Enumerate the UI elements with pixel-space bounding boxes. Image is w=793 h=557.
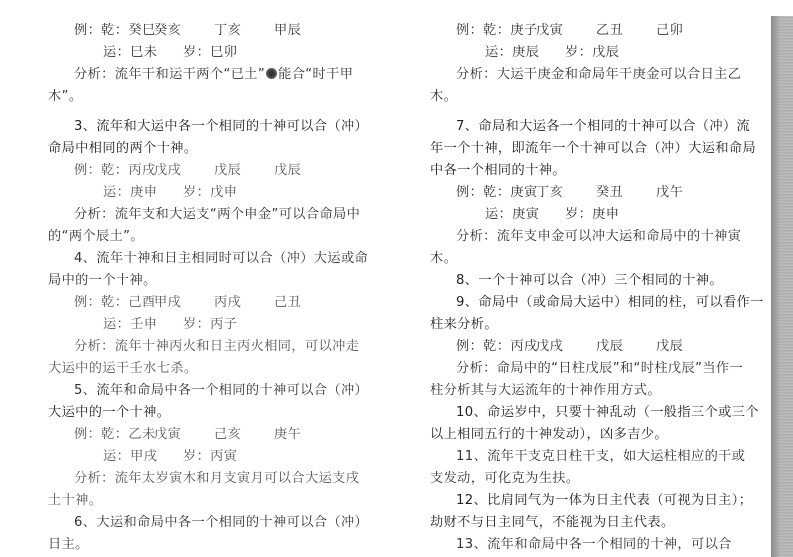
label-text: 例：乾：: [74, 22, 128, 40]
rule-heading-10: 10、命运岁中，只要十神乱动（一般指三个或三个: [456, 404, 759, 422]
luck-pillar: 运：壬申: [103, 316, 183, 334]
month-pillar: 癸亥: [154, 22, 214, 40]
year-flow: 岁：戊辰: [565, 44, 619, 62]
luck-year-line: 运：壬申岁：丙子: [103, 316, 237, 334]
rule-heading-12: 12、比肩同气为一体为日主代表（可视为日主）；: [456, 492, 752, 510]
analysis-line: 分析：大运干庚金和命局年干庚金可以合日主乙: [456, 66, 741, 84]
rule-heading-5: 5、流年和命局中各一个相同的十神可以合（冲）: [74, 382, 368, 400]
example-chart: 例：乾：庚子戊寅乙丑己卯: [456, 22, 683, 40]
rule-heading-11: 11、流年干支克日柱干支，如大运柱相应的干或: [456, 448, 745, 466]
year-pillar: 庚寅: [510, 184, 537, 202]
analysis-text-a: 分析：流年干和运干两个“已土”: [74, 67, 265, 82]
example-chart: 例：乾：己酉甲戌丙戌己丑: [74, 294, 301, 312]
month-pillar: 戊寅: [536, 22, 596, 40]
text-line: 的“两个辰土”。: [48, 228, 144, 246]
text-line: 木。: [430, 250, 457, 268]
month-pillar: 甲戌: [154, 294, 214, 312]
rule-heading-9: 9、命局中（或命局大运中）相同的柱，可以看作一: [456, 294, 764, 312]
text-line: 劫财不与日主同气，不能视为日主代表。: [430, 514, 675, 532]
month-pillar: 丁亥: [536, 184, 596, 202]
hour-pillar: 己卯: [656, 22, 683, 40]
year-flow: 岁：丙寅: [183, 448, 237, 466]
rule-heading-3: 3、流年和大运中各一个相同的十神可以合（冲）: [74, 118, 368, 136]
luck-pillar: 运：庚申: [103, 184, 183, 202]
luck-year-line: 运：巳未岁：巳卯: [103, 44, 237, 62]
analysis-text-b: 能合“时干甲: [278, 67, 353, 82]
label-text: 例：乾：: [74, 426, 128, 444]
analysis-line: 分析：流年干和运干两个“已土”能合“时干甲: [74, 66, 353, 84]
analysis-line: 分析：流年支申金可以冲大运和命局中的十神寅: [456, 228, 741, 246]
year-flow: 岁：巳卯: [183, 44, 237, 62]
example-chart: 例：乾：癸巳癸亥丁亥甲辰: [74, 22, 301, 40]
left-page: 例：乾：癸巳癸亥丁亥甲辰 运：巳未岁：巳卯 分析：流年干和运干两个“已土”能合“…: [48, 0, 388, 557]
text-line: 柱分析其与大运流年的十神作用方式。: [430, 382, 661, 400]
luck-pillar: 运：甲戌: [103, 448, 183, 466]
book-spine-edge: [771, 16, 793, 557]
ink-blot-icon: [266, 68, 277, 79]
rule-heading-4: 4、流年十神和日主相同时可以合（冲）大运或命: [74, 250, 368, 268]
month-pillar: 戊寅: [154, 426, 214, 444]
day-pillar: 癸丑: [596, 184, 656, 202]
day-pillar: 乙丑: [596, 22, 656, 40]
day-pillar: 己亥: [214, 426, 274, 444]
month-pillar: 戊戌: [154, 162, 214, 180]
text-line: 年一个十神，即流年一个十神可以合（冲）大运和命局: [430, 140, 756, 158]
day-pillar: 戊辰: [596, 338, 656, 356]
label-text: 例：乾：: [74, 162, 128, 180]
luck-pillar: 运：巳未: [103, 44, 183, 62]
year-flow: 岁：庚申: [565, 206, 619, 224]
text-line: 土十神。: [48, 492, 102, 510]
analysis-line: 分析：命局中的“日柱戊辰”和“时柱戊辰”当作一: [456, 360, 743, 378]
hour-pillar: 甲辰: [274, 22, 301, 40]
hour-pillar: 己丑: [274, 294, 301, 312]
text-line: 日主。: [48, 536, 89, 554]
luck-year-line: 运：庚寅岁：庚申: [485, 206, 619, 224]
year-pillar: 丙戌: [128, 162, 155, 180]
year-pillar: 庚子: [510, 22, 537, 40]
luck-pillar: 运：庚辰: [485, 44, 565, 62]
text-line: 大运中的一个十神。: [48, 404, 170, 422]
text-line: 大运中的运干壬水七杀。: [48, 360, 197, 378]
text-line: 支发动，可化克为生扶。: [430, 470, 579, 488]
example-label: 例：乾：癸巳: [74, 22, 154, 40]
example-chart: 例：乾：丙戌戊戌戊辰戊辰: [456, 338, 683, 356]
example-chart: 例：乾：庚寅丁亥癸丑戊午: [456, 184, 683, 202]
label-text: 例：乾：: [74, 294, 128, 312]
label-text: 例：乾：: [456, 22, 510, 40]
year-flow: 岁：戊申: [183, 184, 237, 202]
day-pillar: 丁亥: [214, 22, 274, 40]
year-flow: 岁：丙子: [183, 316, 237, 334]
text-line: 柱来分析。: [430, 316, 498, 334]
hour-pillar: 庚午: [274, 426, 301, 444]
label-text: 例：乾：: [456, 184, 510, 202]
analysis-line: 分析：流年十神丙火和日主丙火相同，可以冲走: [74, 338, 359, 356]
year-pillar: 己酉: [128, 294, 155, 312]
rule-heading-8: 8、一个十神可以合（冲）三个相同的十神。: [456, 272, 723, 290]
hour-pillar: 戊午: [656, 184, 683, 202]
example-chart: 例：乾：乙未戊寅己亥庚午: [74, 426, 301, 444]
rule-heading-7: 7、命局和大运各一个相同的十神可以合（冲）流: [456, 118, 750, 136]
analysis-line: 分析：流年支和大运支“两个申金”可以合命局中: [74, 206, 360, 224]
luck-year-line: 运：庚辰岁：戊辰: [485, 44, 619, 62]
luck-year-line: 运：甲戌岁：丙寅: [103, 448, 237, 466]
luck-year-line: 运：庚申岁：戊申: [103, 184, 237, 202]
day-pillar: 戊辰: [214, 162, 274, 180]
right-page: 例：乾：庚子戊寅乙丑己卯 运：庚辰岁：戊辰 分析：大运干庚金和命局年干庚金可以合…: [430, 0, 750, 557]
label-text: 例：乾：: [456, 338, 510, 356]
rule-heading-6: 6、大运和命局中各一个相同的十神可以合（冲）: [74, 514, 368, 532]
text-line: 命局中相同的两个十神。: [48, 140, 197, 158]
year-pillar: 乙未: [128, 426, 155, 444]
luck-pillar: 运：庚寅: [485, 206, 565, 224]
text-line: 中各一个相同的十神。: [430, 162, 566, 180]
analysis-line: 分析：流年太岁寅木和月支寅月可以合大运支戌: [74, 470, 359, 488]
text-line: 以上相同五行的十神发动），凶多吉少。: [430, 426, 668, 444]
rule-heading-13: 13、流年和命局中各一个相同的十神，可以合: [456, 536, 732, 554]
day-pillar: 丙戌: [214, 294, 274, 312]
year-pillar: 癸巳: [128, 22, 155, 40]
hour-pillar: 戊辰: [274, 162, 301, 180]
hour-pillar: 戊辰: [656, 338, 683, 356]
text-line: 局中的一个十神。: [48, 272, 157, 290]
example-chart: 例：乾：丙戌戊戌戊辰戊辰: [74, 162, 301, 180]
text-line: 木”。: [48, 88, 82, 106]
month-pillar: 戊戌: [536, 338, 596, 356]
text-line: 木。: [430, 88, 457, 106]
year-pillar: 丙戌: [510, 338, 537, 356]
